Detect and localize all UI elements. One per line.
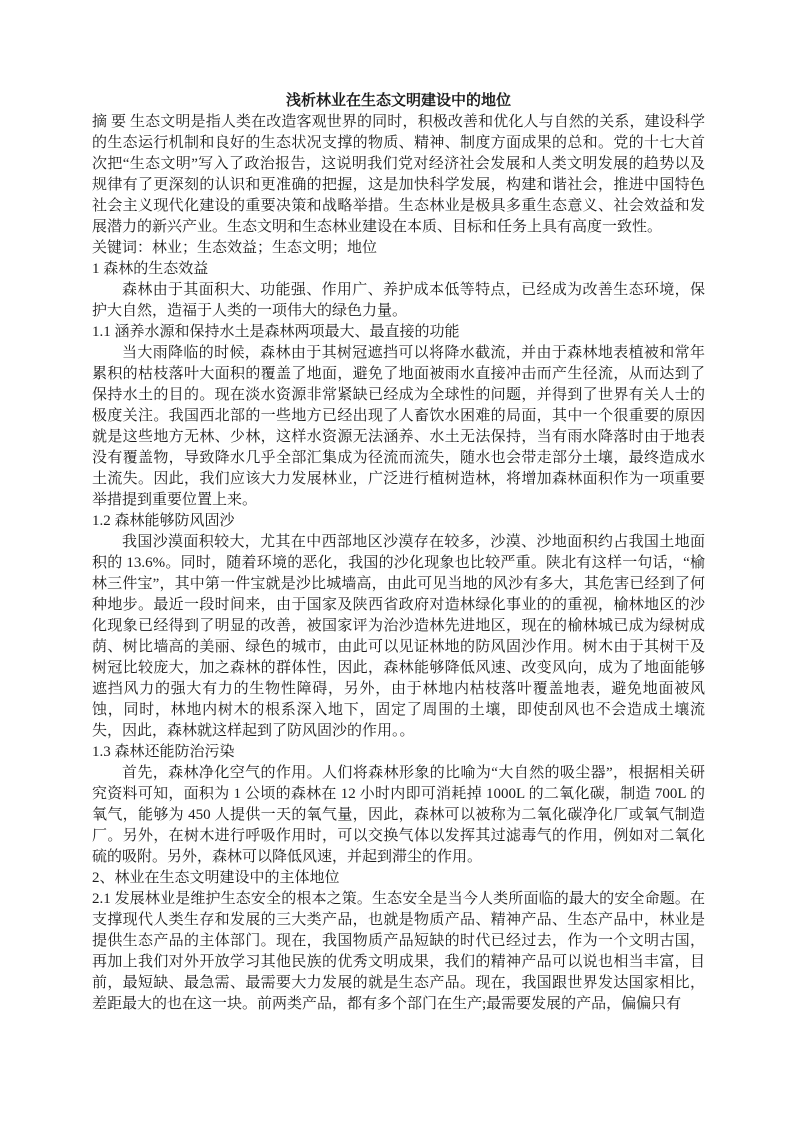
document-page: 浅析林业在生态文明建设中的地位 摘 要 生态文明是指人类在改造客观世界的同时，积… [0,0,793,1122]
section-1-paragraph: 森林由于其面积大、功能强、作用广、养护成本低等特点，已经成为改善生态环境，保护大… [92,280,705,322]
section-1-1-heading: 1.1 涵养水源和保持水土是森林两项最大、最直接的功能 [92,322,705,343]
section-1-heading: 1 森林的生态效益 [92,259,705,280]
keywords-line: 关键词：林业；生态效益；生态文明；地位 [92,238,705,259]
section-1-2-heading: 1.2 森林能够防风固沙 [92,511,705,532]
section-2-1-paragraph: 2.1 发展林业是维护生态安全的根本之策。生态安全是当今人类所面临的最大的安全命… [92,889,705,1015]
section-1-2-paragraph: 我国沙漠面积较大，尤其在中西部地区沙漠存在较多，沙漠、沙地面积约占我国土地面积的… [92,532,705,742]
section-2-heading: 2、林业在生态文明建设中的主体地位 [92,868,705,889]
document-title: 浅析林业在生态文明建设中的地位 [92,91,705,112]
abstract-paragraph: 摘 要 生态文明是指人类在改造客观世界的同时，积极改善和优化人与自然的关系，建设… [92,112,705,238]
section-1-1-paragraph: 当大雨降临的时候，森林由于其树冠遮挡可以将降水截流，并由于森林地表植被和常年累积… [92,343,705,511]
section-1-3-heading: 1.3 森林还能防治污染 [92,742,705,763]
section-1-3-paragraph: 首先，森林净化空气的作用。人们将森林形象的比喻为“大自然的吸尘器”，根据相关研究… [92,763,705,868]
